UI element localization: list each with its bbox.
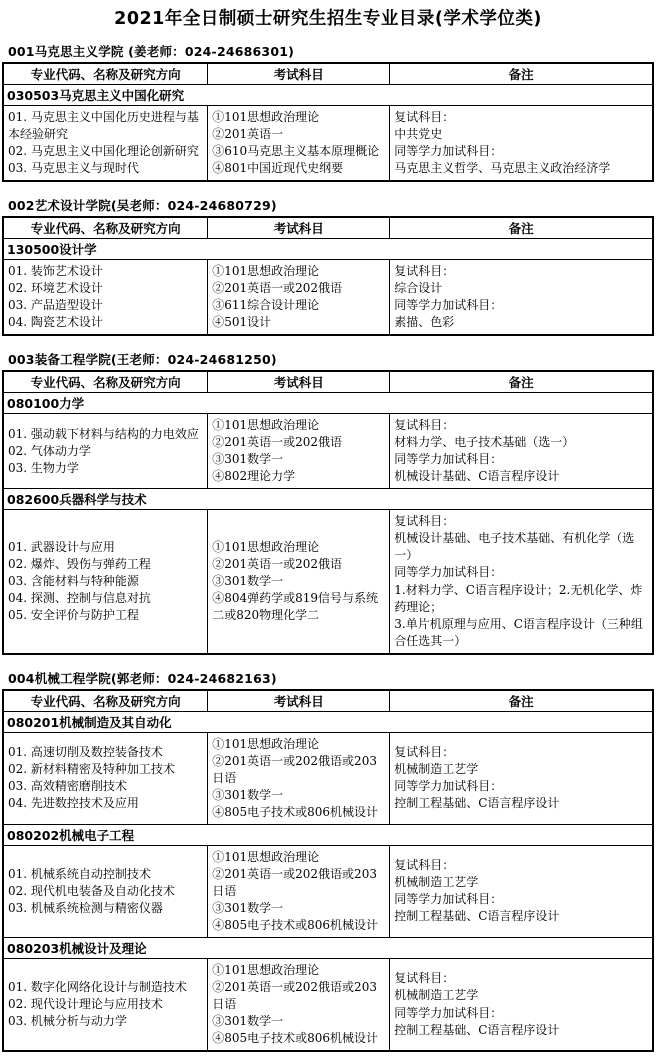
direction-line: 01. 强动载下材料与结构的力电效应 [8,426,205,443]
direction-line: 03. 产品造型设计 [8,297,205,314]
remark-line: 控制工程基础、C语言程序设计 [394,908,650,925]
catalog-table: 专业代码、名称及研究方向 考试科目 备注 030503马克思主义中国化研究 01… [2,62,654,182]
exam-subject-line: ③301数学一 [212,900,387,917]
exam-subject-line: ①101思想政治理论 [212,736,387,753]
catalog-table: 专业代码、名称及研究方向 考试科目 备注 130500设计学 01. 装饰艺术设… [2,216,654,336]
remark-line: 复试科目： [394,417,650,434]
direction-line: 01. 武器设计与应用 [8,539,205,556]
major-code-row: 080100力学 [3,393,653,414]
col-header-direction: 专业代码、名称及研究方向 [3,371,208,393]
college-section: 003装备工程学院(王老师：024-24681250) 专业代码、名称及研究方向… [2,350,654,654]
remark-line: 复试科目： [394,109,650,126]
major-code-row: 082600兵器科学与技术 [3,489,653,510]
remark-line: 复试科目： [394,513,650,530]
exam-subject-line: ②201英语一或202俄语或203日语 [212,753,387,787]
exam-subject-line: ②201英语一或202俄语 [212,434,387,451]
remark-line: 同等学力加试科目： [394,1005,650,1022]
col-header-remarks: 备注 [390,371,653,393]
remark-line: 控制工程基础、C语言程序设计 [394,1022,650,1039]
remark-line: 机械制造工艺学 [394,761,650,778]
remark-line: 复试科目： [394,857,650,874]
document-page: 2021年全日制硕士研究生招生专业目录(学术学位类) 001马克思主义学院 (姜… [0,0,656,1060]
college-heading: 003装备工程学院(王老师：024-24681250) [8,350,654,368]
direction-line: 03. 含能材料与特种能源 [8,573,205,590]
major-code-title: 030503马克思主义中国化研究 [3,85,653,106]
research-directions-cell: 01. 高速切削及数控装备技术02. 新材料精密及特种加工技术03. 高效精密磨… [3,732,208,824]
remark-line: 复试科目： [394,744,650,761]
exam-subjects-cell: ①101思想政治理论②201英语一或202俄语或203日语③301数学一④805… [208,845,390,937]
exam-subjects-cell: ①101思想政治理论②201英语一或202俄语③611综合设计理论④501设计 [208,260,390,336]
college-heading: 004机械工程学院(郭老师：024-24682163) [8,669,654,687]
exam-subject-line: ④801中国近现代史纲要 [212,160,387,177]
direction-line: 03. 机械系统检测与精密仪器 [8,900,205,917]
remark-line: 机械设计基础、电子技术基础、有机化学（选一） [394,530,650,564]
research-directions-cell: 01. 强动载下材料与结构的力电效应02. 气体动力学03. 生物力学 [3,414,208,489]
col-header-direction: 专业代码、名称及研究方向 [3,690,208,712]
exam-subject-line: ①101思想政治理论 [212,539,387,556]
catalog-table: 专业代码、名称及研究方向 考试科目 备注 080201机械制造及其自动化 01.… [2,689,654,1052]
remark-line: 同等学力加试科目： [394,451,650,468]
table-header-row: 专业代码、名称及研究方向 考试科目 备注 [3,690,653,712]
major-code-row: 080201机械制造及其自动化 [3,711,653,732]
remark-line: 复试科目： [394,970,650,987]
major-code-title: 130500设计学 [3,239,653,260]
col-header-direction: 专业代码、名称及研究方向 [3,217,208,239]
major-data-row: 01. 武器设计与应用02. 爆炸、毁伤与弹药工程03. 含能材料与特种能源04… [3,510,653,654]
exam-subject-line: ④805电子技术或806机械设计 [212,1030,387,1047]
exam-subject-line: ②201英语一或202俄语或203日语 [212,866,387,900]
exam-subjects-cell: ①101思想政治理论②201英语一或202俄语或203日语③301数学一④805… [208,958,390,1051]
col-header-remarks: 备注 [390,690,653,712]
remark-line: 中共党史 [394,126,650,143]
exam-subject-line: ③301数学一 [212,1013,387,1030]
exam-subjects-cell: ①101思想政治理论②201英语一③610马克思主义基本原理概论④801中国近现… [208,106,390,182]
remark-line: 马克思主义哲学、马克思主义政治经济学 [394,160,650,177]
col-header-exam-subjects: 考试科目 [208,690,390,712]
research-directions-cell: 01. 数字化网络化设计与制造技术02. 现代设计理论与应用技术03. 机械分析… [3,958,208,1051]
exam-subject-line: ②201英语一或202俄语或203日语 [212,979,387,1013]
remark-line: 材料力学、电子技术基础（选一） [394,434,650,451]
exam-subject-line: ①101思想政治理论 [212,962,387,979]
exam-subject-line: ④802理论力学 [212,468,387,485]
sections-container: 001马克思主义学院 (姜老师：024-24686301) 专业代码、名称及研究… [2,42,654,1052]
remarks-cell: 复试科目：机械设计基础、电子技术基础、有机化学（选一）同等学力加试科目：1.材料… [390,510,653,654]
remarks-cell: 复试科目：材料力学、电子技术基础（选一）同等学力加试科目：机械设计基础、C语言程… [390,414,653,489]
exam-subject-line: ②201英语一或202俄语 [212,280,387,297]
direction-line: 02. 马克思主义中国化理论创新研究 [8,143,205,160]
major-data-row: 01. 数字化网络化设计与制造技术02. 现代设计理论与应用技术03. 机械分析… [3,958,653,1051]
research-directions-cell: 01. 机械系统自动控制技术02. 现代机电装备及自动化技术03. 机械系统检测… [3,845,208,937]
college-section: 001马克思主义学院 (姜老师：024-24686301) 专业代码、名称及研究… [2,42,654,182]
direction-line: 02. 气体动力学 [8,443,205,460]
exam-subjects-cell: ①101思想政治理论②201英语一或202俄语或203日语③301数学一④805… [208,732,390,824]
exam-subject-line: ③610马克思主义基本原理概论 [212,143,387,160]
remark-line: 机械制造工艺学 [394,987,650,1004]
exam-subject-line: ④805电子技术或806机械设计 [212,804,387,821]
remark-line: 机械制造工艺学 [394,874,650,891]
major-code-title: 080100力学 [3,393,653,414]
exam-subject-line: ①101思想政治理论 [212,849,387,866]
exam-subject-line: ④501设计 [212,314,387,331]
major-code-row: 030503马克思主义中国化研究 [3,85,653,106]
remark-line: 同等学力加试科目： [394,143,650,160]
table-header-row: 专业代码、名称及研究方向 考试科目 备注 [3,217,653,239]
col-header-remarks: 备注 [390,63,653,85]
remarks-cell: 复试科目：机械制造工艺学同等学力加试科目：控制工程基础、C语言程序设计 [390,732,653,824]
major-code-title: 082600兵器科学与技术 [3,489,653,510]
remark-line: 控制工程基础、C语言程序设计 [394,795,650,812]
remarks-cell: 复试科目：综合设计同等学力加试科目：素描、色彩 [390,260,653,336]
exam-subject-line: ③301数学一 [212,451,387,468]
direction-line: 02. 现代机电装备及自动化技术 [8,883,205,900]
exam-subject-line: ②201英语一或202俄语 [212,556,387,573]
col-header-exam-subjects: 考试科目 [208,217,390,239]
exam-subject-line: ④804弹药学或819信号与系统二或820物理化学二 [212,590,387,624]
page-title: 2021年全日制硕士研究生招生专业目录(学术学位类) [2,5,654,30]
direction-line: 04. 探测、控制与信息对抗 [8,590,205,607]
remark-line: 3.单片机原理与应用、C语言程序设计（三种组合任选其一） [394,616,650,650]
remark-line: 同等学力加试科目： [394,891,650,908]
exam-subjects-cell: ①101思想政治理论②201英语一或202俄语③301数学一④804弹药学或81… [208,510,390,654]
research-directions-cell: 01. 马克思主义中国化历史进程与基本经验研究02. 马克思主义中国化理论创新研… [3,106,208,182]
col-header-exam-subjects: 考试科目 [208,63,390,85]
remark-line: 机械设计基础、C语言程序设计 [394,468,650,485]
direction-line: 03. 高效精密磨削技术 [8,778,205,795]
research-directions-cell: 01. 装饰艺术设计02. 环境艺术设计03. 产品造型设计04. 陶瓷艺术设计 [3,260,208,336]
exam-subject-line: ③611综合设计理论 [212,297,387,314]
direction-line: 02. 新材料精密及特种加工技术 [8,761,205,778]
college-heading: 002艺术设计学院(吴老师：024-24680729) [8,196,654,214]
remarks-cell: 复试科目：机械制造工艺学同等学力加试科目：控制工程基础、C语言程序设计 [390,845,653,937]
direction-line: 02. 现代设计理论与应用技术 [8,996,205,1013]
exam-subjects-cell: ①101思想政治理论②201英语一或202俄语③301数学一④802理论力学 [208,414,390,489]
direction-line: 03. 马克思主义与现时代 [8,160,205,177]
major-data-row: 01. 高速切削及数控装备技术02. 新材料精密及特种加工技术03. 高效精密磨… [3,732,653,824]
exam-subject-line: ①101思想政治理论 [212,417,387,434]
major-code-title: 080201机械制造及其自动化 [3,711,653,732]
col-header-direction: 专业代码、名称及研究方向 [3,63,208,85]
direction-line: 01. 机械系统自动控制技术 [8,866,205,883]
direction-line: 04. 陶瓷艺术设计 [8,314,205,331]
exam-subject-line: ③301数学一 [212,573,387,590]
col-header-remarks: 备注 [390,217,653,239]
remarks-cell: 复试科目：中共党史同等学力加试科目：马克思主义哲学、马克思主义政治经济学 [390,106,653,182]
exam-subject-line: ②201英语一 [212,126,387,143]
college-section: 004机械工程学院(郭老师：024-24682163) 专业代码、名称及研究方向… [2,669,654,1052]
direction-line: 01. 装饰艺术设计 [8,263,205,280]
exam-subject-line: ④805电子技术或806机械设计 [212,917,387,934]
direction-line: 04. 先进数控技术及应用 [8,795,205,812]
direction-line: 02. 环境艺术设计 [8,280,205,297]
remark-line: 综合设计 [394,280,650,297]
direction-line: 01. 高速切削及数控装备技术 [8,744,205,761]
direction-line: 01. 马克思主义中国化历史进程与基本经验研究 [8,109,205,143]
direction-line: 03. 生物力学 [8,460,205,477]
direction-line: 05. 安全评价与防护工程 [8,607,205,624]
table-header-row: 专业代码、名称及研究方向 考试科目 备注 [3,371,653,393]
remarks-cell: 复试科目：机械制造工艺学同等学力加试科目：控制工程基础、C语言程序设计 [390,958,653,1051]
major-code-row: 130500设计学 [3,239,653,260]
major-code-title: 080203机械设计及理论 [3,937,653,958]
remark-line: 素描、色彩 [394,314,650,331]
remark-line: 复试科目： [394,263,650,280]
remark-line: 同等学力加试科目： [394,564,650,581]
direction-line: 02. 爆炸、毁伤与弹药工程 [8,556,205,573]
major-code-title: 080202机械电子工程 [3,824,653,845]
exam-subject-line: ①101思想政治理论 [212,109,387,126]
catalog-table: 专业代码、名称及研究方向 考试科目 备注 080100力学 01. 强动载下材料… [2,370,654,654]
research-directions-cell: 01. 武器设计与应用02. 爆炸、毁伤与弹药工程03. 含能材料与特种能源04… [3,510,208,654]
major-code-row: 080203机械设计及理论 [3,937,653,958]
remark-line: 同等学力加试科目： [394,778,650,795]
direction-line: 03. 机械分析与动力学 [8,1013,205,1030]
major-data-row: 01. 装饰艺术设计02. 环境艺术设计03. 产品造型设计04. 陶瓷艺术设计… [3,260,653,336]
remark-line: 1.材料力学、C语言程序设计；2.无机化学、炸药理论； [394,582,650,616]
table-header-row: 专业代码、名称及研究方向 考试科目 备注 [3,63,653,85]
exam-subject-line: ①101思想政治理论 [212,263,387,280]
major-data-row: 01. 强动载下材料与结构的力电效应02. 气体动力学03. 生物力学 ①101… [3,414,653,489]
major-data-row: 01. 马克思主义中国化历史进程与基本经验研究02. 马克思主义中国化理论创新研… [3,106,653,182]
remark-line: 同等学力加试科目： [394,297,650,314]
major-code-row: 080202机械电子工程 [3,824,653,845]
exam-subject-line: ③301数学一 [212,787,387,804]
major-data-row: 01. 机械系统自动控制技术02. 现代机电装备及自动化技术03. 机械系统检测… [3,845,653,937]
col-header-exam-subjects: 考试科目 [208,371,390,393]
direction-line: 01. 数字化网络化设计与制造技术 [8,979,205,996]
college-heading: 001马克思主义学院 (姜老师：024-24686301) [8,42,654,60]
college-section: 002艺术设计学院(吴老师：024-24680729) 专业代码、名称及研究方向… [2,196,654,336]
